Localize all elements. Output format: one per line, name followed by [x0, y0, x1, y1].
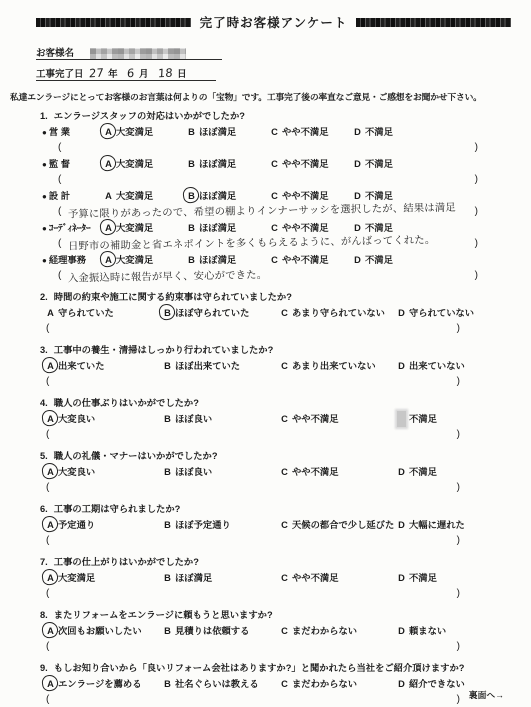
option-letter: B: [163, 570, 172, 586]
option-label: やや不満足: [292, 573, 339, 583]
options-row: A大変良い Bほぼ良い Cやや不満足 D不満足: [46, 411, 531, 427]
question-9-block: 9.もしお知り合いから「良いリフォーム会社はありますか?」と聞かれたら当社をご紹…: [0, 660, 531, 707]
option-letter: A: [46, 676, 55, 692]
question-text: エンラージスタッフの対応はいかがでしたか?: [54, 111, 245, 121]
option-label: 紹介できない: [409, 679, 465, 689]
option-label: やや不満足: [282, 127, 329, 137]
comment-field[interactable]: (): [58, 140, 478, 156]
customer-name-field[interactable]: お客様名: [36, 44, 222, 60]
option-label: 不満足: [409, 467, 437, 477]
question-number: 9.: [40, 663, 48, 673]
option-b[interactable]: Bほぼ出来ていた: [163, 358, 280, 374]
staff-role-text: 経理事務: [49, 255, 86, 265]
staff-role-text: 営 業: [49, 127, 70, 137]
option-label: 大変満足: [116, 255, 153, 265]
option-label: 不満足: [365, 223, 393, 233]
option-label: あまり出来ていない: [292, 361, 376, 371]
option-letter: A: [104, 220, 113, 236]
option-letter: C: [270, 220, 279, 236]
option-a[interactable]: A出来ていた: [46, 358, 163, 374]
option-letter: C: [280, 517, 289, 533]
month-unit: 月: [139, 66, 149, 80]
comment-field[interactable]: (): [46, 321, 460, 337]
question-title: 8.またリフォームをエンラージに頼もうと思いますか?: [40, 607, 531, 623]
option-letter: B: [187, 252, 196, 268]
option-label: 大変満足: [116, 191, 153, 201]
bullet-icon: ●: [42, 224, 47, 233]
option-label: やや不満足: [282, 159, 329, 169]
option-letter: B: [187, 156, 196, 172]
day-unit: 日: [177, 66, 187, 80]
option-b[interactable]: Bほぼ予定通り: [163, 517, 280, 533]
option-letter: B: [163, 676, 172, 692]
paren-close: ): [457, 374, 460, 390]
comment-field[interactable]: (): [46, 480, 460, 496]
option-c[interactable]: Cやや不満足: [270, 220, 353, 236]
option-a[interactable]: A大変満足: [104, 124, 187, 140]
question-number: 4.: [40, 398, 48, 408]
question-title: 7.工事の仕上がりはいかがでしたか?: [40, 554, 531, 570]
question-6-block: 6.工事の工期は守られましたか? A予定通り Bほぼ予定通り C天候の都合で少し…: [0, 501, 531, 549]
form-header: 完了時お客様アンケート: [0, 0, 531, 31]
option-b[interactable]: Bほぼ満足: [187, 220, 270, 236]
question-number: 6.: [40, 504, 48, 514]
option-label: ほぼ守られていた: [175, 308, 249, 318]
back-page-note: 裏面へ→: [469, 688, 504, 701]
paren-close: ): [457, 321, 460, 337]
options-row: A予定通り Bほぼ予定通り C天候の都合で少し延びた D大幅に遅れた: [46, 517, 531, 533]
option-label: やや不満足: [282, 223, 329, 233]
question-number: 5.: [40, 451, 48, 461]
option-letter: A: [46, 358, 55, 374]
option-letter: A: [104, 188, 113, 204]
option-letter: C: [270, 124, 279, 140]
option-letter: A: [104, 156, 113, 172]
option-label: やや不満足: [282, 255, 329, 265]
comment-field[interactable]: (): [46, 374, 460, 390]
option-label: 大変満足: [58, 573, 95, 583]
option-label: 出来ていた: [58, 361, 105, 371]
question-text: またリフォームをエンラージに頼もうと思いますか?: [54, 610, 273, 620]
option-label: 大変良い: [58, 467, 95, 477]
option-letter: A: [46, 517, 55, 533]
option-letter: B: [163, 517, 172, 533]
option-b[interactable]: Bほぼ守られていた: [163, 305, 280, 321]
option-label: 見積りは依頼する: [175, 626, 249, 636]
option-letter: B: [163, 464, 172, 480]
question-text: 時間の約束や施工に関する約束事は守られていましたか?: [54, 292, 292, 302]
options-row: A次回もお願いしたい B見積りは依頼する Cまだわからない D頼まない: [46, 623, 531, 639]
option-label: 大変満足: [116, 223, 153, 233]
staff-role-text: 設 計: [49, 191, 70, 201]
completion-date-label: 工事完了日: [36, 66, 84, 80]
option-b[interactable]: Bほぼ満足: [187, 188, 270, 204]
option-label: 不満足: [409, 414, 437, 424]
options-row: A大変良い Bほぼ良い Cやや不満足 D不満足: [46, 464, 531, 480]
paren-close: ): [475, 172, 478, 188]
question-number: 8.: [40, 610, 48, 620]
option-label: 出来ていない: [409, 361, 465, 371]
option-a[interactable]: A次回もお願いしたい: [46, 623, 163, 639]
option-letter: C: [270, 188, 279, 204]
paren-close: ): [457, 639, 460, 655]
question-number: 7.: [40, 557, 48, 567]
question-title: 6.工事の工期は守られましたか?: [40, 501, 531, 517]
question-5-block: 5.職人の礼儀・マナーはいかがでしたか? A大変良い Bほぼ良い Cやや不満足 …: [0, 448, 531, 496]
option-letter: B: [187, 220, 196, 236]
question-2-block: 2.時間の約束や施工に関する約束事は守られていましたか? A守られていた Bほぼ…: [0, 289, 531, 337]
option-label: ほぼ満足: [199, 127, 236, 137]
option-b[interactable]: Bほぼ満足: [187, 124, 270, 140]
question-text: 職人の仕事ぶりはいかがでしたか?: [54, 398, 199, 408]
decorative-bar-left: [36, 18, 191, 27]
staff-role-label: ●営 業: [42, 124, 104, 140]
option-label: 不満足: [409, 573, 437, 583]
option-c[interactable]: Cやや不満足: [270, 156, 353, 172]
option-b[interactable]: Bほぼ満足: [187, 252, 270, 268]
option-letter: B: [187, 188, 196, 204]
option-label: エンラージを薦める: [58, 679, 142, 689]
option-a[interactable]: A守られていた: [46, 305, 163, 321]
question-number: 2.: [40, 292, 48, 302]
paren-close: ): [475, 140, 478, 156]
option-label: ほぼ満足: [199, 159, 236, 169]
option-label: ほぼ良い: [175, 467, 212, 477]
paren-close: ): [457, 480, 460, 496]
redacted-customer-name: [90, 48, 186, 59]
option-a[interactable]: A大変満足: [46, 570, 163, 586]
options-row: A出来ていた Bほぼ出来ていた Cあまり出来ていない D出来ていない: [46, 358, 531, 374]
paren-close: ): [475, 268, 478, 284]
comment-field[interactable]: (日野市の補助金と省エネポイントを多くもらえるように、がんばってくれた。): [58, 236, 478, 252]
options-row: A大変満足 Bほぼ満足 Cやや不満足 D不満足: [46, 570, 531, 586]
comment-field[interactable]: (): [46, 427, 460, 443]
option-label: 予定通り: [58, 520, 95, 530]
option-label: 天候の都合で少し延びた: [292, 520, 394, 530]
option-letter: A: [46, 464, 55, 480]
question-number: 3.: [40, 345, 48, 355]
option-c[interactable]: Cやや不満足: [270, 188, 353, 204]
option-a[interactable]: A大変良い: [46, 411, 163, 427]
option-label: ほぼ出来ていた: [175, 361, 240, 371]
option-label: やや不満足: [282, 191, 329, 201]
question-title: 5.職人の礼儀・マナーはいかがでしたか?: [40, 448, 531, 464]
option-c[interactable]: Cやや不満足: [270, 252, 353, 268]
paren-close: ): [475, 236, 478, 252]
handwritten-day: 18: [157, 66, 172, 81]
question-text: 工事の仕上がりはいかがでしたか?: [54, 557, 199, 567]
question-title: 4.職人の仕事ぶりはいかがでしたか?: [40, 395, 531, 411]
question-title: 3.工事中の養生・清掃はしっかり行われていましたか?: [40, 342, 531, 358]
option-label: やや不満足: [292, 467, 339, 477]
options-row: Aエンラージを薦める B社名ぐらいは教える Cまだわからない D紹介できない: [46, 676, 531, 692]
option-b[interactable]: B社名ぐらいは教える: [163, 676, 280, 692]
option-letter: B: [163, 411, 172, 427]
option-label: ほぼ満足: [199, 223, 236, 233]
option-letter: C: [280, 676, 289, 692]
bullet-icon: ●: [42, 160, 47, 169]
paren-close: ): [457, 427, 460, 443]
survey-form: 完了時お客様アンケート お客様名 工事完了日 27 年 6 月 18 日 私達エ…: [0, 0, 531, 707]
question-text: 工事中の養生・清掃はしっかり行われていましたか?: [54, 345, 274, 355]
option-label: 不満足: [365, 127, 393, 137]
year-unit: 年: [108, 66, 118, 80]
option-letter: C: [280, 623, 289, 639]
option-label: ほぼ予定通り: [175, 520, 231, 530]
staff-role-text: 監 督: [49, 159, 70, 169]
option-letter: B: [163, 358, 172, 374]
option-letter: B: [163, 623, 172, 639]
option-label: 頼まない: [409, 626, 446, 636]
bullet-icon: ●: [42, 128, 47, 137]
option-label: 大変満足: [116, 159, 153, 169]
option-letter: A: [46, 411, 55, 427]
staff-role-text: ｺｰﾃﾞｨﾈｰﾀｰ: [49, 223, 91, 233]
option-label: 大変良い: [58, 414, 95, 424]
option-label: ほぼ満足: [199, 191, 236, 201]
bullet-icon: ●: [42, 256, 47, 265]
question-title: 2.時間の約束や施工に関する約束事は守られていましたか?: [40, 289, 531, 305]
option-label: 守られていない: [409, 308, 474, 318]
option-letter: A: [104, 124, 113, 140]
option-label: まだわからない: [292, 679, 357, 689]
option-letter: C: [280, 305, 289, 321]
option-letter: C: [270, 252, 279, 268]
handwritten-year: 27: [88, 66, 103, 81]
option-letter: C: [280, 358, 289, 374]
comment-field[interactable]: (): [58, 172, 478, 188]
question-title: 1.エンラージスタッフの対応はいかがでしたか?: [40, 108, 531, 124]
option-b[interactable]: Bほぼ良い: [163, 464, 280, 480]
option-label: やや不満足: [292, 414, 339, 424]
option-letter: B: [187, 124, 196, 140]
option-label: 大変満足: [116, 127, 153, 137]
question-title: 9.もしお知り合いから「良いリフォーム会社はありますか?」と聞かれたら当社をご紹…: [40, 660, 531, 676]
option-b[interactable]: Bほぼ満足: [163, 570, 280, 586]
question-8-block: 8.またリフォームをエンラージに頼もうと思いますか? A次回もお願いしたい B見…: [0, 607, 531, 655]
option-label: 不満足: [365, 191, 393, 201]
option-label: 大幅に遅れた: [409, 520, 465, 530]
question-1-block: 1.エンラージスタッフの対応はいかがでしたか? ●営 業 A大変満足 Bほぼ満足…: [0, 108, 531, 284]
comment-field[interactable]: (入金振込時に報告が早く、安心ができた。): [58, 268, 478, 284]
option-letter: A: [46, 305, 55, 321]
option-b[interactable]: B見積りは依頼する: [163, 623, 280, 639]
option-a[interactable]: A大変良い: [46, 464, 163, 480]
option-b[interactable]: Bほぼ満足: [187, 156, 270, 172]
option-label: 不満足: [365, 255, 393, 265]
option-a[interactable]: Aエンラージを薦める: [46, 676, 163, 692]
option-label: 守られていた: [58, 308, 114, 318]
completion-date-field[interactable]: 工事完了日 27 年 6 月 18 日: [36, 65, 216, 81]
decorative-bar-right: [356, 18, 511, 27]
option-label: ほぼ満足: [199, 255, 236, 265]
handwritten-month: 6: [126, 66, 134, 80]
option-letter: C: [280, 464, 289, 480]
customer-name-label: お客様名: [36, 45, 74, 59]
paren-close: ): [457, 692, 460, 707]
question-text: もしお知り合いから「良いリフォーム会社はありますか?」と聞かれたら当社をご紹介頂…: [54, 663, 465, 673]
option-label: 不満足: [365, 159, 393, 169]
comment-field[interactable]: (): [46, 639, 460, 655]
option-letter: C: [280, 570, 289, 586]
comment-field[interactable]: (): [46, 692, 460, 707]
question-text: 工事の工期は守られましたか?: [54, 504, 181, 514]
question-4-block: 4.職人の仕事ぶりはいかがでしたか? A大変良い Bほぼ良い Cやや不満足 D不…: [0, 395, 531, 443]
option-label: あまり守られていない: [292, 308, 385, 318]
option-label: ほぼ良い: [175, 414, 212, 424]
paren-close: ): [457, 533, 460, 549]
comment-field[interactable]: (): [46, 586, 460, 602]
option-letter: B: [163, 305, 172, 321]
question-3-block: 3.工事中の養生・清掃はしっかり行われていましたか? A出来ていた Bほぼ出来て…: [0, 342, 531, 390]
question-number: 1.: [40, 111, 48, 121]
bullet-icon: ●: [42, 192, 47, 201]
paren-close: ): [457, 586, 460, 602]
option-c[interactable]: Cやや不満足: [270, 124, 353, 140]
intro-text: 私達エンラージにとってお客様のお言葉は何よりの「宝物」です。工事完了後の率直なご…: [10, 90, 527, 103]
option-letter: C: [280, 411, 289, 427]
option-letter: A: [46, 570, 55, 586]
paren-close: ): [475, 204, 478, 220]
question-7-block: 7.工事の仕上がりはいかがでしたか? A大変満足 Bほぼ満足 Cやや不満足 D不…: [0, 554, 531, 602]
option-letter: A: [46, 623, 55, 639]
page-title: 完了時お客様アンケート: [200, 13, 348, 31]
option-letter: C: [270, 156, 279, 172]
question-text: 職人の礼儀・マナーはいかがでしたか?: [54, 451, 218, 461]
option-label: まだわからない: [292, 626, 357, 636]
option-letter: A: [104, 252, 113, 268]
option-b[interactable]: Bほぼ良い: [163, 411, 280, 427]
comment-field[interactable]: (予算に限りがあったので、希望の棚よりインナーサッシを選択したが、結果は満足): [58, 204, 478, 220]
options-row: A守られていた Bほぼ守られていた Cあまり守られていない D守られていない: [46, 305, 531, 321]
comment-field[interactable]: (): [46, 533, 460, 549]
option-label: 次回もお願いしたい: [58, 626, 142, 636]
option-a[interactable]: A予定通り: [46, 517, 163, 533]
option-label: ほぼ満足: [175, 573, 212, 583]
option-label: 社名ぐらいは教える: [175, 679, 259, 689]
